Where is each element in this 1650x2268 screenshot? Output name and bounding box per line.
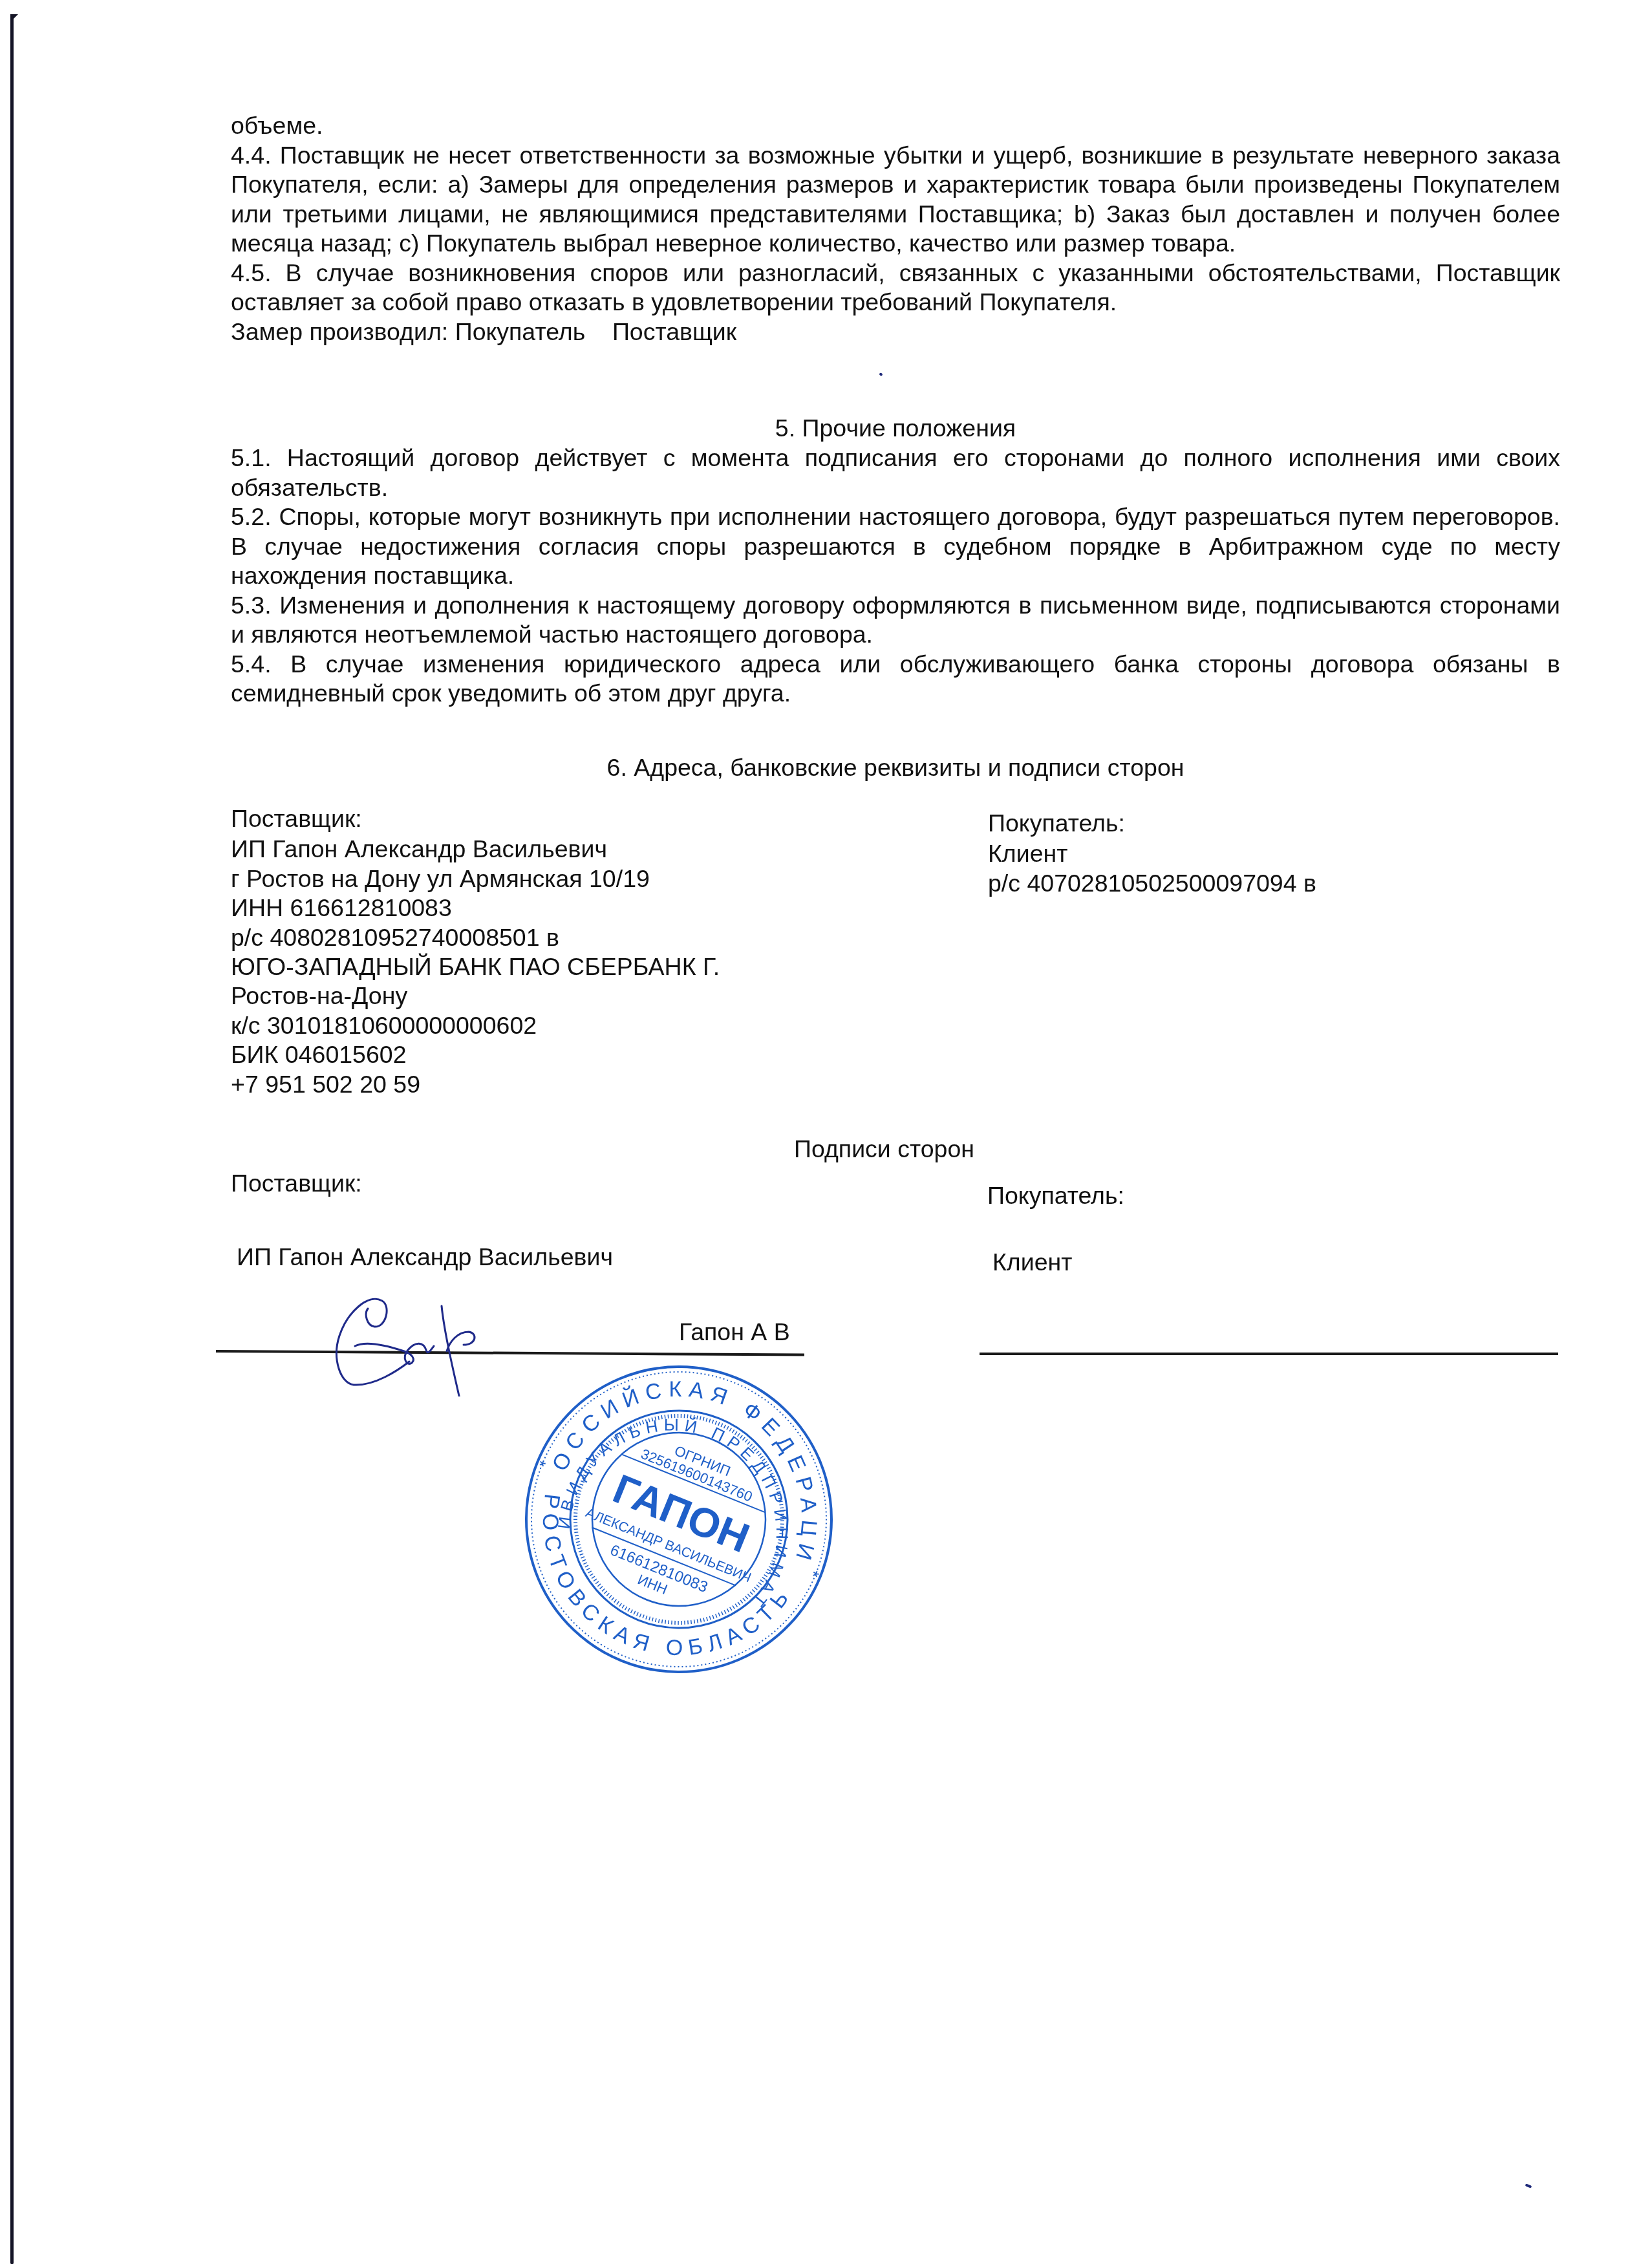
supplier-details: Поставщик: ИП Гапон Александр Васильевич… xyxy=(231,804,720,1099)
scan-speck xyxy=(879,372,883,376)
supplier-bank-city: Ростов-на-Дону xyxy=(231,981,720,1011)
measurement-label: Замер производил: xyxy=(231,318,448,345)
paragraph-4-5: 4.5. В случае возникновения споров или р… xyxy=(231,259,1560,317)
paragraph-continuation: объеме. xyxy=(231,111,1560,141)
buyer-signature-line xyxy=(980,1353,1558,1355)
document-page: объеме. 4.4. Поставщик не несет ответств… xyxy=(0,0,1650,2268)
measurement-line: Замер производил: Покупатель Поставщик xyxy=(231,317,1560,347)
signatures-heading: Подписи сторон xyxy=(794,1135,974,1164)
paragraph-5-4: 5.4. В случае изменения юридического адр… xyxy=(231,650,1560,709)
section6-heading: 6. Адреса, банковские реквизиты и подпис… xyxy=(231,753,1560,783)
supplier-corr-account: к/с 30101810600000000602 xyxy=(231,1011,720,1040)
supplier-name: ИП Гапон Александр Васильевич xyxy=(231,835,720,864)
signature-supplier-label: Поставщик: xyxy=(231,1169,362,1199)
supplier-address: г Ростов на Дону ул Армянская 10/19 xyxy=(231,864,720,893)
supplier-bank: ЮГО-ЗАПАДНЫЙ БАНК ПАО СБЕРБАНК Г. xyxy=(231,952,720,981)
paragraph-5-1: 5.1. Настоящий договор действует с момен… xyxy=(231,444,1560,502)
section4-tail: объеме. 4.4. Поставщик не несет ответств… xyxy=(231,111,1560,347)
signature-buyer-name: Клиент xyxy=(992,1248,1072,1278)
signature-supplier-short-name: Гапон А В xyxy=(679,1318,790,1347)
section5-heading: 5. Прочие положения xyxy=(231,414,1560,444)
supplier-account: р/с 40802810952740008501 в xyxy=(231,923,720,952)
measurement-option-supplier: Поставщик xyxy=(612,318,736,345)
paragraph-5-2: 5.2. Споры, которые могут возникнуть при… xyxy=(231,502,1560,591)
buyer-label: Покупатель: xyxy=(988,809,1316,838)
signature-buyer-label: Покупатель: xyxy=(987,1181,1124,1211)
scan-corner-mark xyxy=(10,14,18,22)
company-seal-icon: РОССИЙСКАЯ ФЕДЕРАЦИЯ РОСТОВСКАЯ ОБЛАСТЬ … xyxy=(517,1358,841,1681)
measurement-option-buyer: Покупатель xyxy=(455,318,586,345)
scan-speck xyxy=(1525,2183,1532,2188)
buyer-details: Покупатель: Клиент р/с 40702810502500097… xyxy=(988,809,1316,898)
buyer-account: р/с 40702810502500097094 в xyxy=(988,869,1316,898)
buyer-name: Клиент xyxy=(988,839,1316,868)
supplier-phone: +7 951 502 20 59 xyxy=(231,1070,720,1099)
signature-supplier-name: ИП Гапон Александр Васильевич xyxy=(237,1243,613,1272)
paragraph-5-3: 5.3. Изменения и дополнения к настоящему… xyxy=(231,591,1560,650)
handwritten-signature-icon xyxy=(327,1280,482,1396)
section5-body: 5.1. Настоящий договор действует с момен… xyxy=(231,444,1560,709)
supplier-label: Поставщик: xyxy=(231,804,720,833)
supplier-signature-line xyxy=(216,1350,804,1356)
scan-edge-border xyxy=(10,14,14,2264)
supplier-bik: БИК 046015602 xyxy=(231,1040,720,1069)
supplier-inn: ИНН 616612810083 xyxy=(231,893,720,923)
paragraph-4-4: 4.4. Поставщик не несет ответственности … xyxy=(231,141,1560,259)
